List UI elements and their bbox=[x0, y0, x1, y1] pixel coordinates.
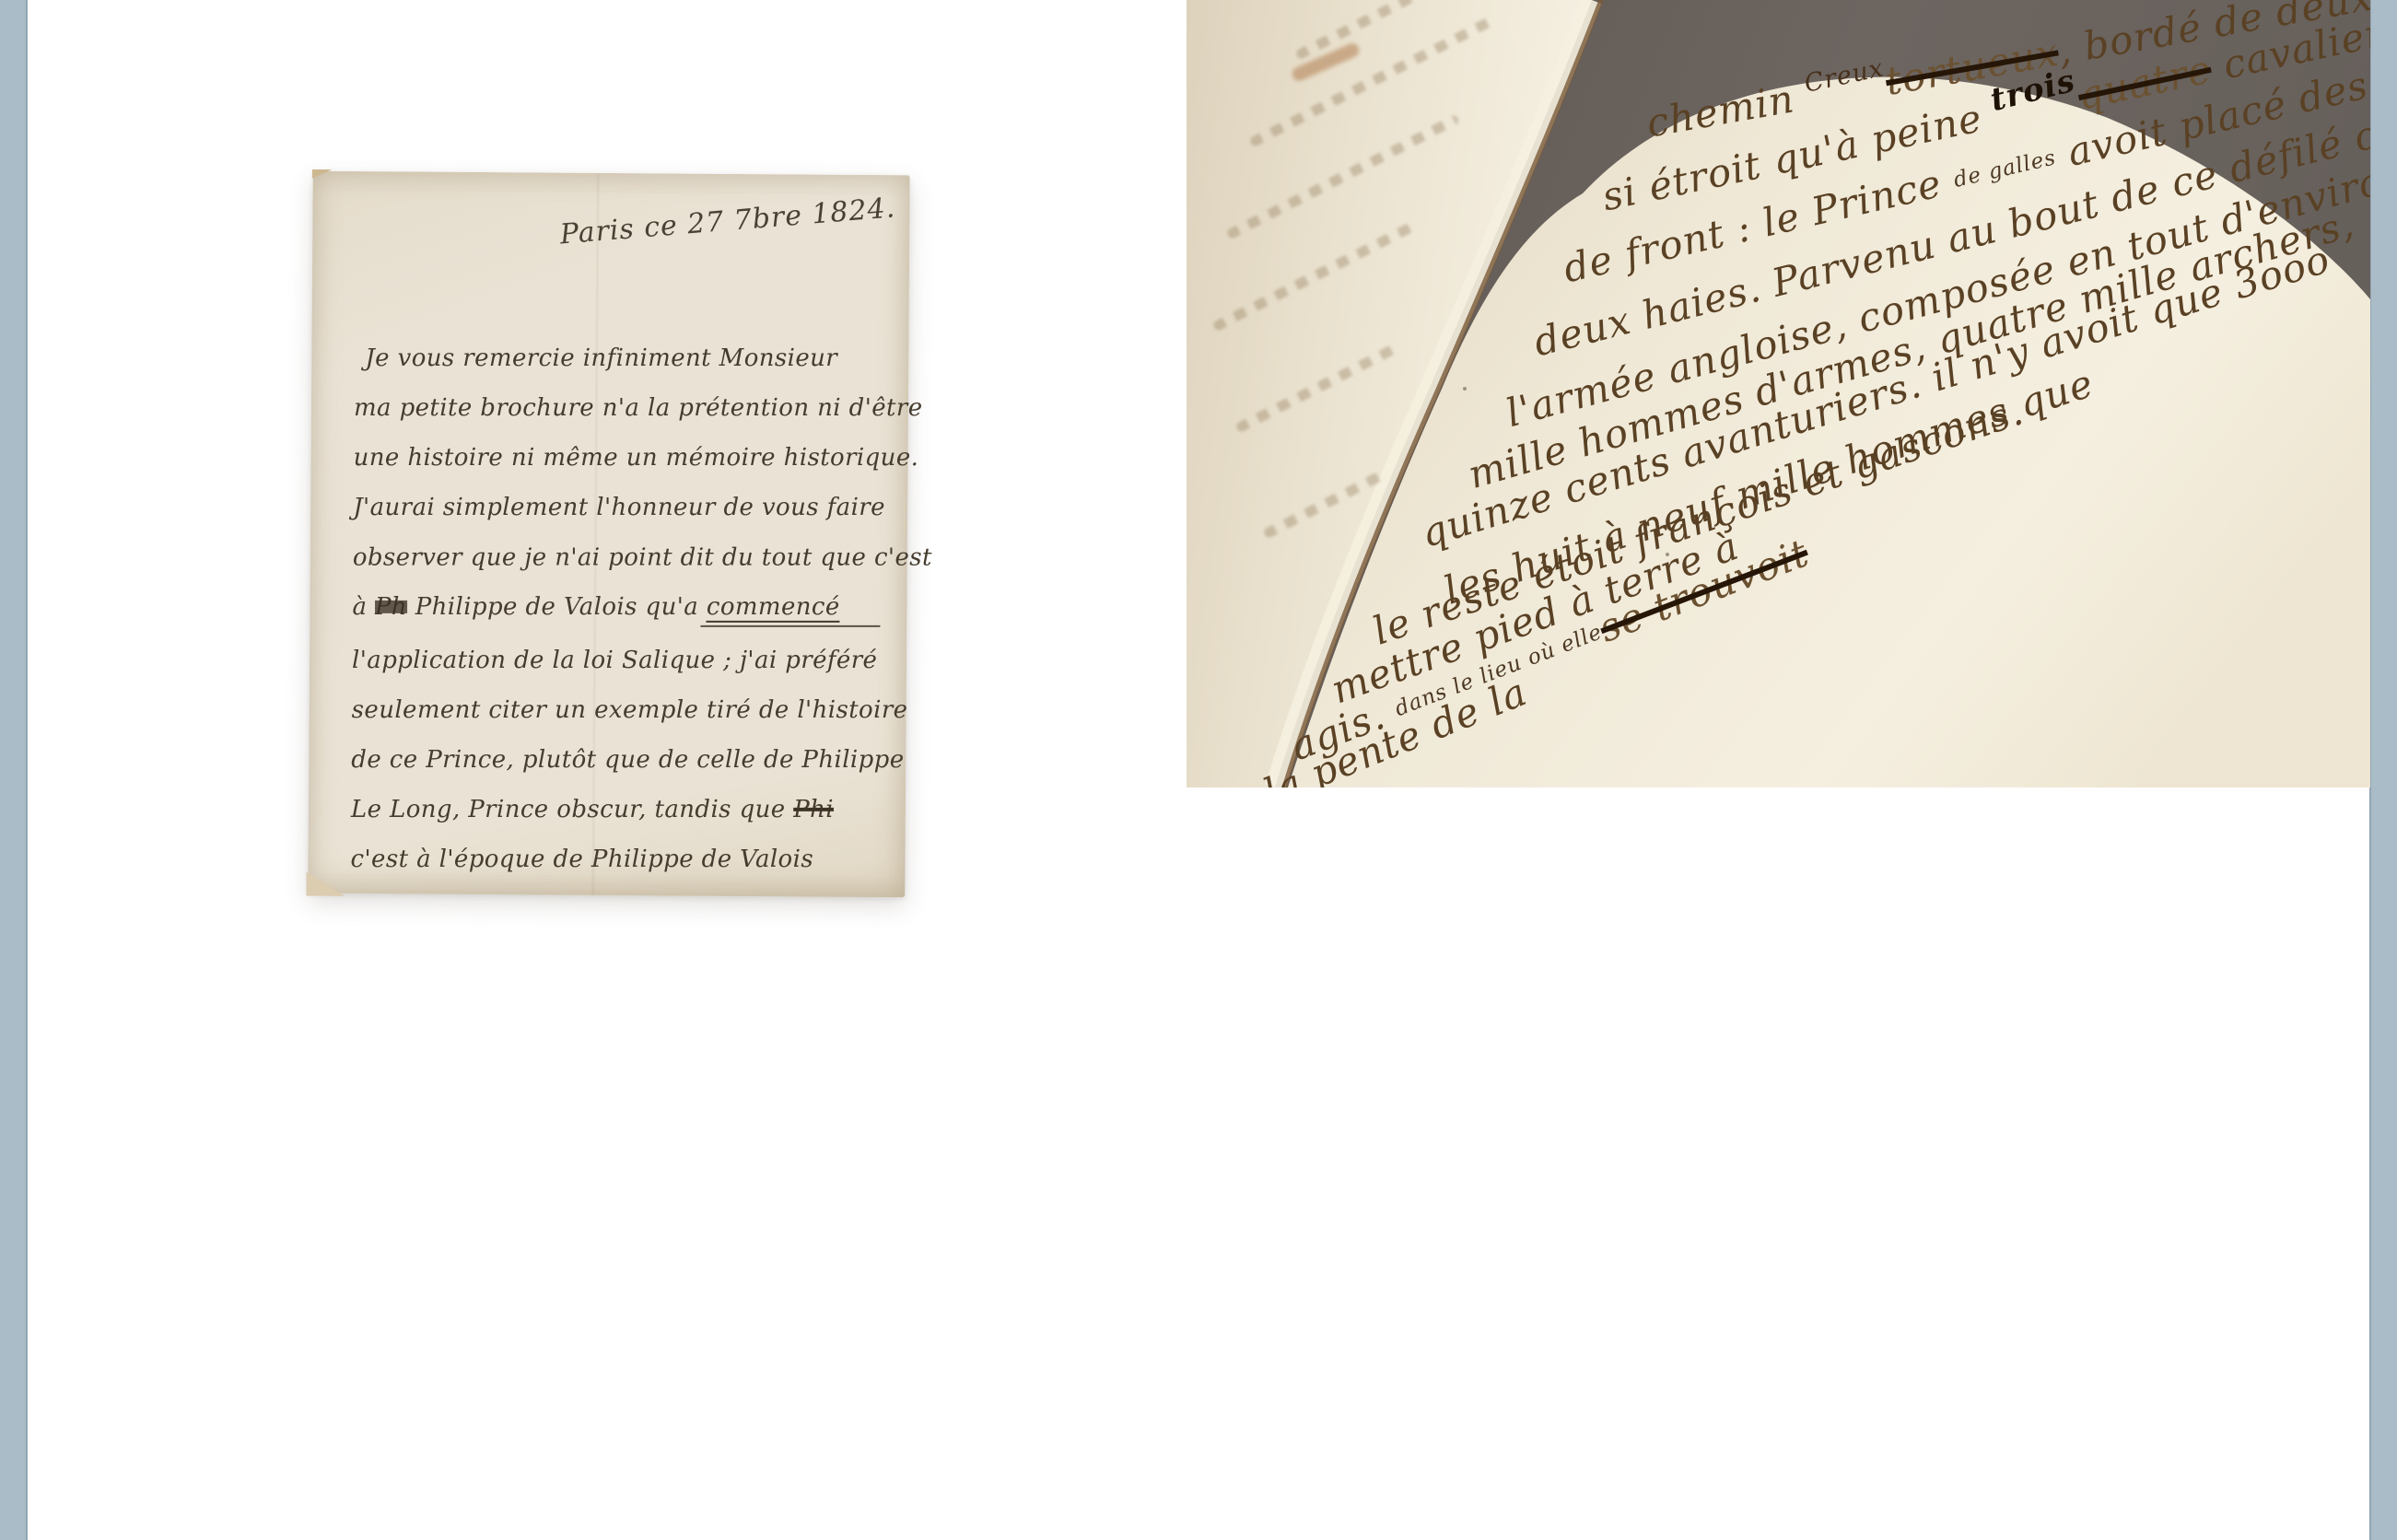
letter-line: une histoire ni même un mémoire historiq… bbox=[354, 444, 919, 472]
paper-corner-fold-bottom bbox=[306, 872, 345, 896]
letter-line-with-correction: à Ph Philippe de Valois qu'a commencé bbox=[352, 593, 839, 621]
letter-line: observer que je n'ai point dit du tout q… bbox=[353, 543, 932, 571]
letter-line: ma petite brochure n'a la prétention ni … bbox=[354, 394, 923, 422]
letter-line: c'est à l'époque de Philippe de Valois bbox=[351, 846, 814, 873]
letter-line-pre: à bbox=[352, 593, 375, 621]
letter-photograph: Paris ce 27 7bre 1824. Je vous remercie … bbox=[221, 87, 1023, 935]
letter-line: seulement citer un exemple tiré de l'his… bbox=[352, 696, 908, 724]
paper-corner-chip-top bbox=[312, 169, 333, 179]
paper-crease bbox=[591, 173, 599, 895]
letter-line: l'application de la loi Salique ; j'ai p… bbox=[352, 647, 877, 674]
letter-line-pre: Le Long, Prince obscur, tandis que bbox=[351, 796, 793, 823]
catalog-page: Paris ce 27 7bre 1824. Je vous remercie … bbox=[0, 0, 2397, 1540]
manuscript-photograph: chemin Creuxtortueux, bordé de deux haie… bbox=[1187, 0, 2370, 787]
underlined-word: commencé bbox=[707, 593, 840, 623]
letter-paper: Paris ce 27 7bre 1824. Je vous remercie … bbox=[308, 171, 909, 898]
letter-dateline: Paris ce 27 7bre 1824. bbox=[559, 192, 897, 251]
letter-line: Je vous remercie infiniment Monsieur bbox=[365, 344, 837, 372]
letter-line-with-strike: Le Long, Prince obscur, tandis que Phi bbox=[351, 796, 834, 823]
letter-line: de ce Prince, plutôt que de celle de Phi… bbox=[351, 746, 904, 774]
blotted-word: Ph bbox=[375, 593, 407, 621]
letter-line: J'aurai simplement l'honneur de vous fai… bbox=[353, 494, 885, 521]
struck-word: Phi bbox=[793, 796, 834, 823]
ink-speck bbox=[1463, 387, 1467, 391]
right-border-strip bbox=[2369, 0, 2397, 1540]
left-border-strip bbox=[0, 0, 28, 1540]
letter-line-mid: Philippe de Valois qu'a bbox=[407, 593, 707, 621]
